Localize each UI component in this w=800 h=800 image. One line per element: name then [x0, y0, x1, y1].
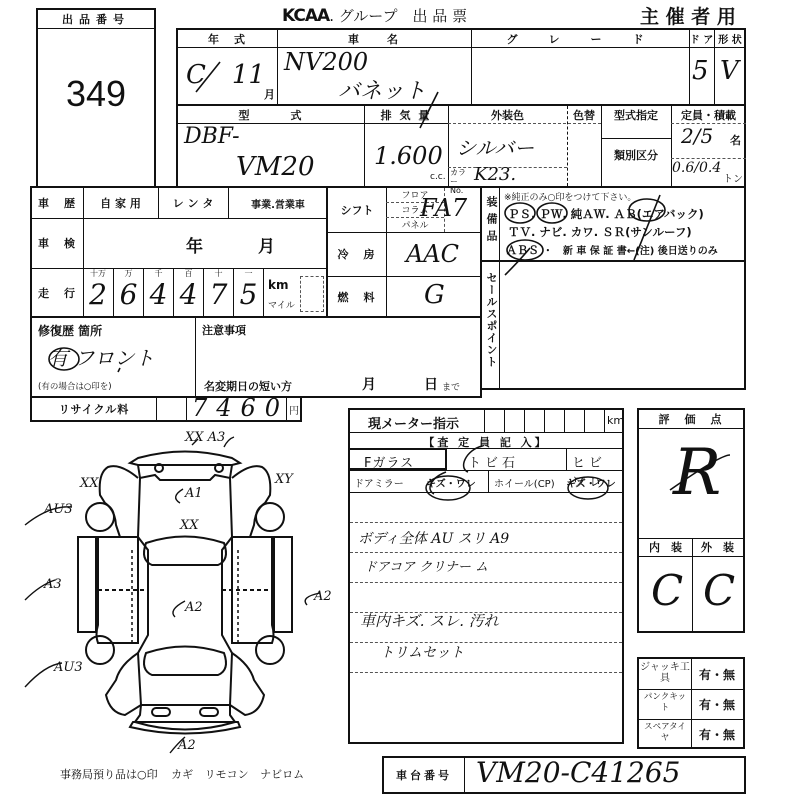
meter-digit-cell[interactable]	[504, 410, 524, 432]
model-prefix: DBF-	[184, 124, 240, 149]
inspector-table: 現メーター指示 km 【査 定 員 記 入】 Fガラス トビ石 ヒビワレ ドアミ…	[348, 408, 624, 744]
odometer-digit-cell: 千4	[143, 268, 173, 318]
mark-roof: A2	[184, 600, 203, 615]
mark-windshield: XX	[179, 518, 199, 533]
tool-label: ジャッキ工具	[640, 662, 690, 684]
office-item-remote[interactable]: リモコン	[205, 768, 249, 781]
odometer-digit-cell: 十7	[203, 268, 233, 318]
inspector-note-3: 車内キズ. スレ. 汚れ	[360, 610, 499, 631]
displacement-value: 1.600	[374, 142, 443, 170]
mark-left-front-fender: XX	[79, 476, 99, 491]
name-change-month: 月	[362, 374, 376, 394]
model-label: 型 式	[178, 106, 364, 123]
title-text: . グループ 出 品 票	[329, 7, 467, 25]
meter-unit: km	[607, 414, 624, 427]
displacement-unit: c.c.	[430, 172, 446, 182]
meter-digit-cell[interactable]	[564, 410, 584, 432]
tool-value[interactable]: 有・無	[691, 666, 743, 683]
displacement-label: 排 気 量	[364, 106, 448, 123]
exterior-value: C	[703, 566, 735, 615]
inspector-note-4: トリムセット	[380, 642, 464, 662]
fuel-label: 燃 料	[328, 276, 386, 318]
inspector-note-2: ドアコア クリナー ム	[364, 556, 488, 575]
interior-value: C	[651, 566, 683, 615]
history-option-rental[interactable]: レ ン タ	[158, 188, 228, 218]
sheet-title: KCAA. グループ 出 品 票	[282, 5, 467, 26]
meter-digit-cell[interactable]	[544, 410, 564, 432]
body-value: V	[720, 56, 739, 86]
meter-label: 現メーター指示	[368, 413, 459, 432]
inspection-year-unit: 年	[186, 232, 203, 257]
capacity-value: 2/5	[681, 124, 713, 148]
office-items-note: 事務局預り品は○印 カギ リモコン ナビロム	[60, 766, 304, 782]
equipment-table: 装備品 ※純正のみ○印をつけて下さい。 ＰＳ. ＰＷ. 純ＡＷ. ＡＢ(エアバッ…	[480, 186, 746, 390]
recycle-fee-box: リサイクル料 7460 円	[30, 396, 302, 422]
year-label: 年 式	[178, 30, 277, 47]
mark-left-rear-fender: AU3	[53, 660, 83, 675]
color-label: 外装色	[448, 106, 567, 123]
office-note: 事務局預り品は○印	[60, 768, 158, 781]
odometer-digit: 6	[114, 279, 143, 311]
caution-label: 注意事項	[202, 322, 246, 338]
model-code: VM20	[236, 152, 314, 182]
odometer-digit: 4	[174, 279, 203, 311]
mark-right-front-fender: XY	[274, 472, 294, 487]
repair-label: 修復歴 箇所	[38, 322, 102, 339]
meter-digit-cell[interactable]	[524, 410, 544, 432]
class-label: 類別区分	[601, 146, 671, 163]
capacity-unit: 名	[730, 132, 741, 148]
mark-hood: A1	[184, 486, 203, 501]
mark-right-side: A2	[313, 589, 332, 604]
copy-type: 主 催 者 用	[640, 2, 736, 29]
shift-label: シフト	[328, 188, 386, 232]
chassis-label: 車台番号	[384, 758, 464, 792]
car-name-model: NV200	[284, 48, 368, 76]
grade-table: 評 価 点 R 内 装 外 装 C C	[637, 408, 745, 633]
grade-label: グ レ ー ド	[471, 30, 689, 47]
vehicle-basic-table: 年 式 車 名 グ レ ー ド ド ア 形 状 C 11 月 NV200 バネッ…	[176, 28, 746, 106]
odometer-digit: 2	[83, 279, 113, 311]
unit-km: km	[268, 278, 288, 292]
mark-left-front-door: AU3	[43, 502, 73, 517]
car-damage-diagram: XX A3 A1 XX XX XY AU3 A3 AU3 A2 A2 A2	[20, 425, 350, 755]
office-item-navi-rom[interactable]: ナビロム	[260, 768, 304, 781]
repair-circle	[46, 344, 86, 374]
name-change-day: 日	[424, 374, 438, 394]
year-value: C 11	[186, 54, 265, 91]
recycle-value: 7460	[192, 394, 289, 422]
inspector-circles	[350, 434, 626, 524]
odometer-digit-cell: 一5	[233, 268, 263, 318]
color-change-label: 色替	[567, 106, 601, 123]
load-value: 0.6/0.4	[672, 160, 721, 176]
door-label: ド ア	[689, 30, 714, 47]
name-change-until: まで	[442, 380, 460, 393]
history-option-private[interactable]: 自 家 用	[83, 188, 158, 218]
fuel-value: G	[424, 280, 445, 310]
interior-label: 内 装	[639, 538, 692, 556]
name-change-label: 名変期日の短い方	[204, 378, 292, 394]
odometer-digit: 4	[144, 279, 173, 311]
odometer-digits: 十万2万6千4百4十7一5	[83, 268, 263, 318]
meter-digit-cell[interactable]	[484, 410, 504, 432]
mark-rear-bumper: A2	[177, 738, 196, 753]
door-value: 5	[692, 56, 709, 86]
recycle-unit: 円	[289, 402, 299, 417]
tool-label: スペアタイヤ	[640, 722, 690, 744]
tool-value[interactable]: 有・無	[691, 726, 743, 743]
chassis-value: VM20-C41265	[476, 756, 680, 789]
type-designation-label: 型式指定	[601, 106, 671, 123]
body-label: 形 状	[714, 30, 746, 47]
odometer-digit: 5	[234, 279, 263, 311]
lot-number: 349	[38, 73, 154, 115]
odometer-digit-cell: 十万2	[83, 268, 113, 318]
brand-logo: KCAA	[282, 6, 329, 26]
lot-number-label: 出品番号	[38, 10, 154, 29]
repair-note: (有の場合は○印を)	[38, 380, 112, 392]
color-value: シルバー	[456, 132, 534, 161]
color-number-value: K23.	[474, 164, 516, 185]
month-unit: 月	[264, 86, 275, 102]
history-label: 車 歴	[32, 188, 83, 218]
odometer-digit-cell: 百4	[173, 268, 203, 318]
mileage-label: 走 行	[32, 268, 83, 318]
inspection-label: 車 検	[32, 218, 83, 268]
vehicle-spec-table: 型 式 排 気 量 外装色 色替 型式指定 類別区分 定員・積載 DBF- VM…	[176, 104, 746, 188]
ac-label: 冷 房	[328, 232, 386, 276]
name-label: 車 名	[277, 30, 471, 47]
capacity-label: 定員・積載	[671, 106, 746, 123]
chassis-number-box: 車台番号 VM20-C41265	[382, 756, 746, 794]
recycle-label: リサイクル料	[32, 398, 156, 420]
repair-table: 修復歴 箇所 有 フロント (有の場合は○印を) 注意事項 名変期日の短い方 月…	[30, 316, 482, 398]
meter-digit-cell[interactable]	[584, 410, 604, 432]
load-unit: トン	[723, 170, 743, 185]
score-label: 評 価 点	[639, 410, 743, 428]
lot-number-box: 出品番号 349	[36, 8, 156, 188]
drivetrain-table: シフト フロア コラム パネル FA7 冷 房 AAC 燃 料 G	[326, 186, 482, 318]
car-name-text: バネット	[338, 74, 426, 105]
unit-mile: マイル	[268, 298, 295, 311]
exterior-label: 外 装	[692, 538, 743, 556]
ac-value: AAC	[406, 240, 459, 268]
tools-table: ジャッキ工具有・無パンクキット有・無スペアタイヤ有・無	[637, 657, 745, 749]
mark-left-rear-door: A3	[43, 577, 62, 592]
sales-point-label: セールスポイント	[483, 272, 499, 368]
score-value: R	[673, 438, 721, 508]
history-table: 車 歴 自 家 用 レ ン タ 事業.営業車 車 検 年 月 走 行 十万2万6…	[30, 186, 328, 318]
office-item-key[interactable]: カギ	[171, 768, 193, 781]
odometer-digit: 7	[204, 279, 233, 311]
meter-cells	[484, 410, 624, 432]
tool-label: パンクキット	[640, 692, 690, 714]
tool-value[interactable]: 有・無	[691, 696, 743, 713]
inspector-note-1: ボディ全体 AU スリ A9	[358, 528, 509, 548]
inspection-month-unit: 月	[258, 232, 275, 257]
shift-value: FA7	[420, 194, 467, 222]
mark-front-bumper: XX A3	[184, 430, 225, 445]
odometer-digit-cell: 万6	[113, 268, 143, 318]
equipment-circles	[482, 188, 748, 264]
history-option-business[interactable]: 事業.営業車	[228, 188, 328, 218]
